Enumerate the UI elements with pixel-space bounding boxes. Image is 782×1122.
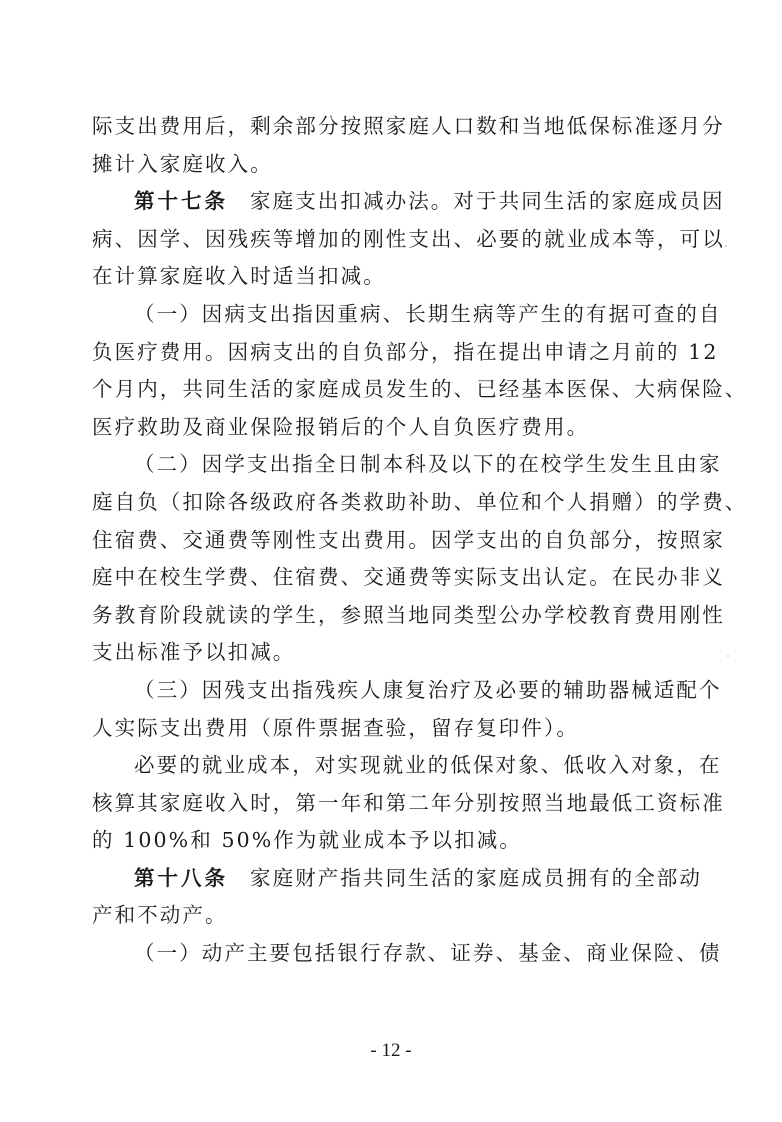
text-line: 务教育阶段就读的学生，参照当地同类型公办学校教育费用刚性 [92, 597, 682, 635]
clause-2-line: （二）因学支出指全日制本科及以下的在校学生发生且由家 [92, 446, 682, 484]
text-line: 支出标准予以扣减。 [92, 634, 682, 672]
document-page: 际支出费用后，剩余部分按照家庭人口数和当地低保标准逐月分 摊计入家庭收入。 第十… [0, 0, 782, 1122]
text-line: 住宿费、交通费等刚性支出费用。因学支出的自负部分，按照家 [92, 522, 682, 560]
document-body: 际支出费用后，剩余部分按照家庭人口数和当地低保标准逐月分 摊计入家庭收入。 第十… [92, 108, 682, 973]
text-line: 际支出费用后，剩余部分按照家庭人口数和当地低保标准逐月分 [92, 108, 682, 146]
text-line: 摊计入家庭收入。 [92, 146, 682, 184]
text-line: 庭自负（扣除各级政府各类救助补助、单位和个人捐赠）的学费、 [92, 484, 682, 522]
scan-artifact [727, 655, 729, 657]
text-line: 在计算家庭收入时适当扣减。 [92, 258, 682, 296]
clause-3-line: （三）因残支出指残疾人康复治疗及必要的辅助器械适配个 [92, 672, 682, 710]
clause-1-line: （一）因病支出指因重病、长期生病等产生的有据可查的自 [92, 296, 682, 334]
scan-artifact [725, 245, 727, 247]
clause-1-line: （一）动产主要包括银行存款、证券、基金、商业保险、债 [92, 935, 682, 973]
text-line: 人实际支出费用（原件票据查验，留存复印件）。 [92, 710, 682, 748]
text-line: 负医疗费用。因病支出的自负部分，指在提出申请之月前的 12 [92, 334, 682, 372]
text-line: 的 100%和 50%作为就业成本予以扣减。 [92, 822, 682, 860]
article-number: 第十七条 [134, 189, 228, 213]
text-line: 庭中在校生学费、住宿费、交通费等实际支出认定。在民办非义 [92, 559, 682, 597]
text-line: 核算其家庭收入时，第一年和第二年分别按照当地最低工资标准 [92, 785, 682, 823]
article-18-heading-line: 第十八条家庭财产指共同生活的家庭成员拥有的全部动 [92, 860, 682, 898]
text-line: 医疗救助及商业保险报销后的个人自负医疗费用。 [92, 409, 682, 447]
article-text: 家庭支出扣减办法。对于共同生活的家庭成员因 [250, 189, 725, 213]
article-text: 家庭财产指共同生活的家庭成员拥有的全部动 [250, 866, 702, 890]
article-number: 第十八条 [134, 866, 228, 890]
page-number: - 12 - [0, 1040, 782, 1062]
text-line: 病、因学、因残疾等增加的刚性支出、必要的就业成本等，可以 [92, 221, 682, 259]
text-line: 产和不动产。 [92, 897, 682, 935]
article-17-heading-line: 第十七条家庭支出扣减办法。对于共同生活的家庭成员因 [92, 183, 682, 221]
employment-cost-line: 必要的就业成本，对实现就业的低保对象、低收入对象，在 [92, 747, 682, 785]
text-line: 个月内，共同生活的家庭成员发生的、已经基本医保、大病保险、 [92, 371, 682, 409]
